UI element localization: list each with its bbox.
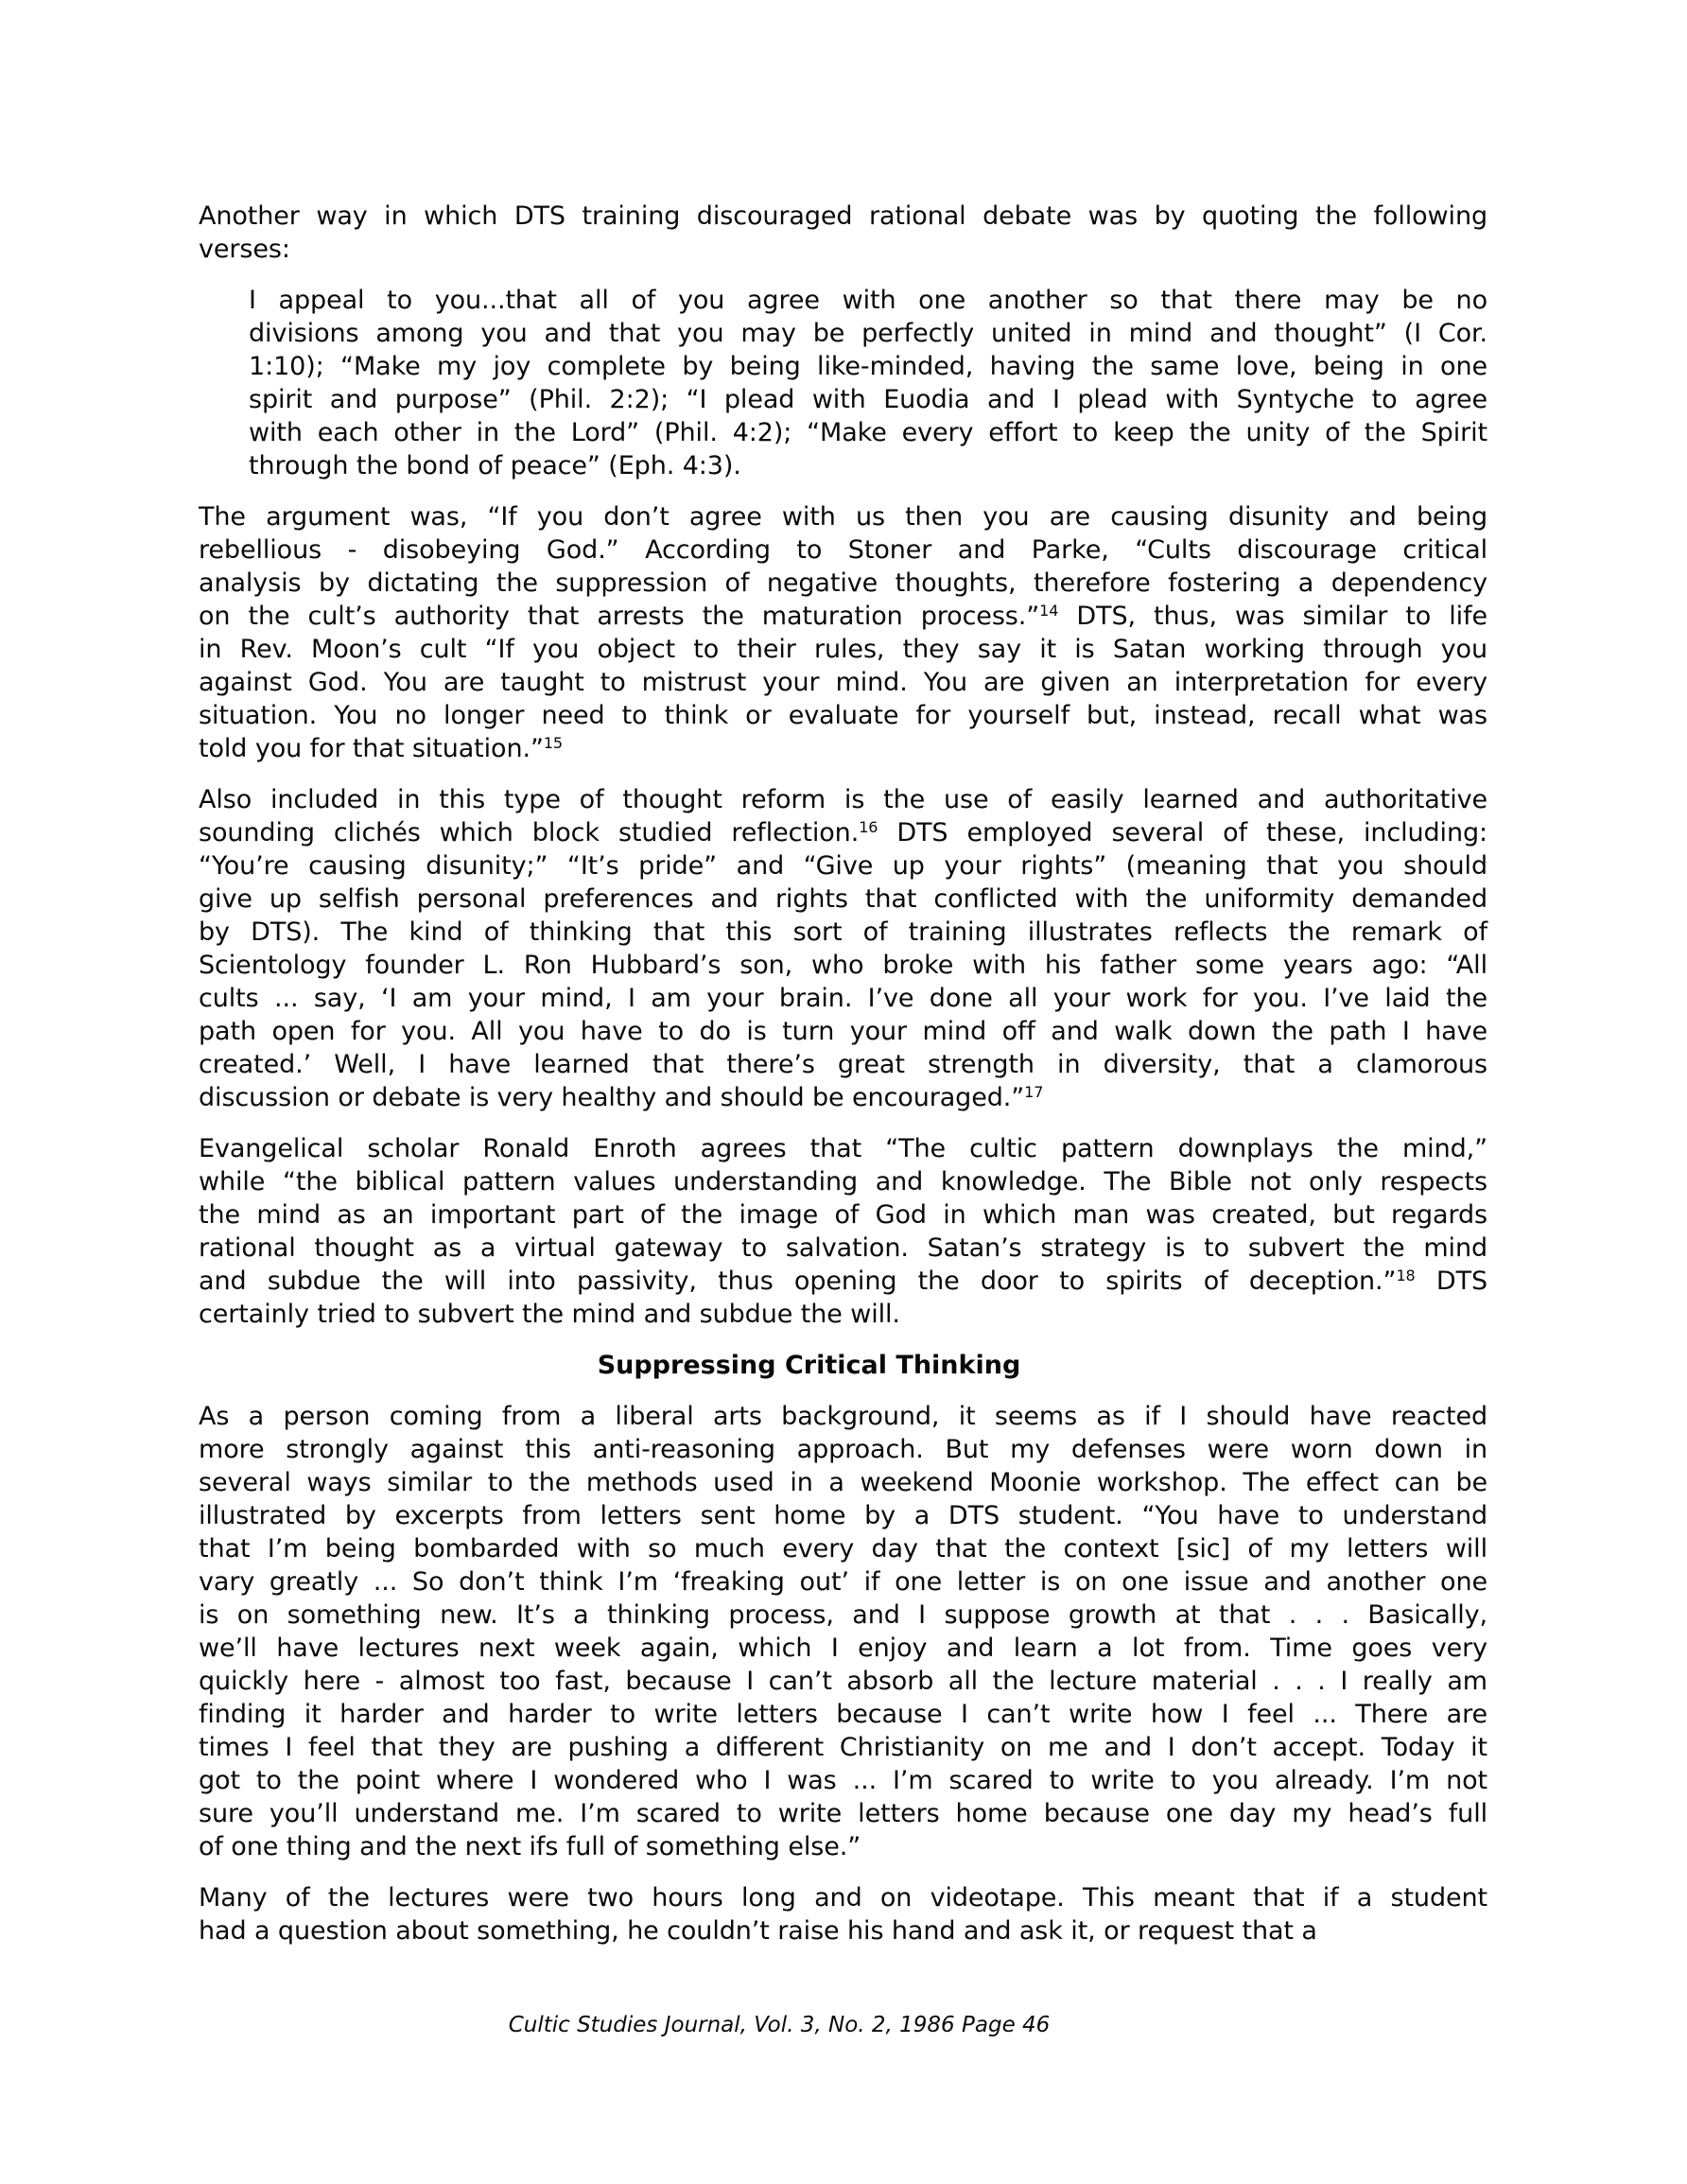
paragraph-enroth: Evangelical scholar Ronald Enroth agrees… [199, 1132, 1487, 1331]
text-line: Evangelical scholar Ronald Enroth agrees… [199, 1132, 1487, 1165]
text-line: quickly here - almost too fast, because … [199, 1665, 1487, 1698]
text-line: with each other in the Lord” (Phil. 4:2)… [249, 416, 1487, 449]
text-line: on the cult’s authority that arrests the… [199, 600, 1487, 633]
text-line: spirit and purpose” (Phil. 2:2); “I plea… [249, 383, 1487, 416]
text-line: more strongly against this anti-reasonin… [199, 1433, 1487, 1466]
text-line: of one thing and the next ifs full of so… [199, 1830, 1487, 1863]
text-line: against God. You are taught to mistrust … [199, 666, 1487, 699]
text-line: Also included in this type of thought re… [199, 783, 1487, 816]
footnote-reference: 15 [544, 734, 563, 752]
text-line: rebellious - disobeying God.” According … [199, 533, 1487, 567]
paragraph-cliches: Also included in this type of thought re… [199, 783, 1487, 1114]
text-line: sounding clichés which block studied ref… [199, 816, 1487, 849]
text-line: Another way in which DTS training discou… [199, 200, 1487, 233]
text-line: path open for you. All you have to do is… [199, 1015, 1487, 1048]
paragraph-letters: As a person coming from a liberal arts b… [199, 1400, 1487, 1863]
footnote-reference: 17 [1024, 1083, 1043, 1101]
text-line: analysis by dictating the suppression of… [199, 567, 1487, 600]
text-line: finding it harder and harder to write le… [199, 1698, 1487, 1731]
footnote-reference: 14 [1039, 602, 1058, 620]
text-line: divisions among you and that you may be … [249, 317, 1487, 350]
text-line: situation. You no longer need to think o… [199, 699, 1487, 732]
text-line: discussion or debate is very healthy and… [199, 1081, 1487, 1114]
text-line: vary greatly ... So don’t think I’m ‘fre… [199, 1565, 1487, 1599]
text-line: Scientology founder L. Ron Hubbard’s son… [199, 949, 1487, 982]
text-line: is on something new. It’s a thinking pro… [199, 1599, 1487, 1632]
footnote-reference: 16 [859, 818, 878, 836]
block-quote-verses: I appeal to you...that all of you agree … [249, 284, 1487, 482]
section-heading: Suppressing Critical Thinking [199, 1349, 1487, 1382]
text-line: we’ll have lectures next week again, whi… [199, 1632, 1487, 1665]
page-footer: Cultic Studies Journal, Vol. 3, No. 2, 1… [0, 2013, 1687, 2037]
text-line: Many of the lectures were two hours long… [199, 1881, 1487, 1914]
paragraph-lectures: Many of the lectures were two hours long… [199, 1881, 1487, 1948]
text-line: several ways similar to the methods used… [199, 1466, 1487, 1499]
text-line: 1:10); “Make my joy complete by being li… [249, 350, 1487, 383]
text-line: times I feel that they are pushing a dif… [199, 1731, 1487, 1764]
text-line: sure you’ll understand me. I’m scared to… [199, 1797, 1487, 1830]
text-line: I appeal to you...that all of you agree … [249, 284, 1487, 317]
text-line: cults ... say, ‘I am your mind, I am you… [199, 982, 1487, 1015]
text-column: Another way in which DTS training discou… [199, 200, 1487, 1966]
text-line: “You’re causing disunity;” “It’s pride” … [199, 849, 1487, 882]
text-line: had a question about something, he could… [199, 1914, 1487, 1948]
text-line: As a person coming from a liberal arts b… [199, 1400, 1487, 1433]
text-line: that I’m being bombarded with so much ev… [199, 1532, 1487, 1565]
text-line: certainly tried to subvert the mind and … [199, 1298, 1487, 1331]
document-page: Another way in which DTS training discou… [0, 0, 1687, 2184]
text-line: and subdue the will into passivity, thus… [199, 1265, 1487, 1298]
text-line: got to the point where I wondered who I … [199, 1764, 1487, 1797]
footnote-reference: 18 [1396, 1267, 1415, 1284]
text-line: created.’ Well, I have learned that ther… [199, 1048, 1487, 1081]
text-line: verses: [199, 233, 1487, 266]
text-line: give up selfish personal preferences and… [199, 882, 1487, 916]
text-line: through the bond of peace” (Eph. 4:3). [249, 449, 1487, 482]
text-line: by DTS). The kind of thinking that this … [199, 916, 1487, 949]
paragraph-intro: Another way in which DTS training discou… [199, 200, 1487, 266]
text-line: in Rev. Moon’s cult “If you object to th… [199, 633, 1487, 666]
text-line: rational thought as a virtual gateway to… [199, 1232, 1487, 1265]
text-line: told you for that situation.”15 [199, 732, 1487, 765]
paragraph-argument: The argument was, “If you don’t agree wi… [199, 500, 1487, 765]
text-line: the mind as an important part of the ima… [199, 1198, 1487, 1232]
text-line: illustrated by excerpts from letters sen… [199, 1499, 1487, 1532]
text-line: while “the biblical pattern values under… [199, 1165, 1487, 1198]
text-line: The argument was, “If you don’t agree wi… [199, 500, 1487, 533]
